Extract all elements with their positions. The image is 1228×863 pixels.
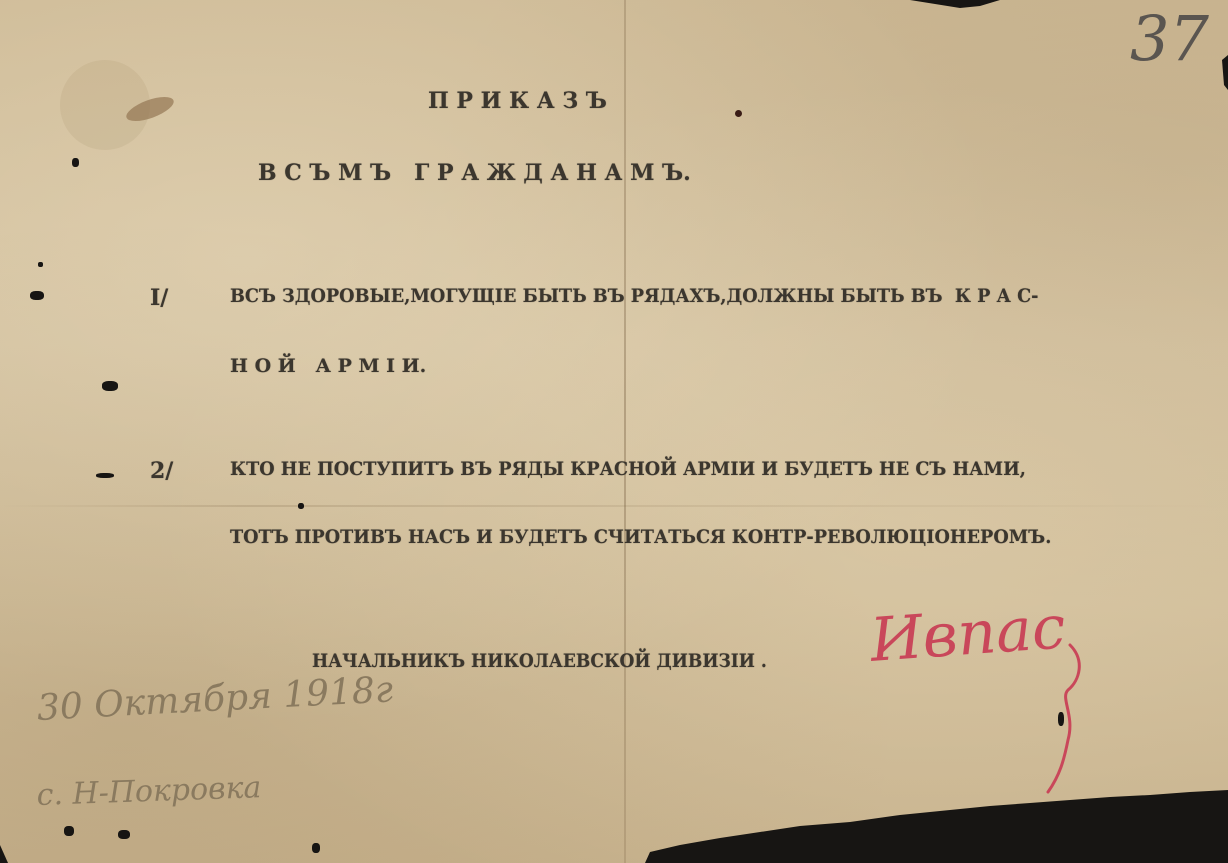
stain-mark xyxy=(60,60,150,150)
paper-hole xyxy=(38,262,43,267)
vertical-fold-line xyxy=(624,0,626,863)
paper-hole xyxy=(72,158,79,167)
horizontal-fold-line xyxy=(0,505,1228,507)
paper-hole xyxy=(30,291,44,300)
paper-hole xyxy=(96,473,114,478)
signature-flourish xyxy=(1030,640,1090,800)
paper-hole xyxy=(64,826,74,836)
item-number: 2/ xyxy=(150,458,173,484)
item-line: КТО НЕ ПОСТУПИТЪ ВЪ РЯДЫ КРАСНОЙ АРМІИ И… xyxy=(230,458,1026,480)
item-line: ВСЪ ЗДОРОВЫЕ,МОГУЩІЕ БЫТЬ ВЪ РЯДАХЪ,ДОЛЖ… xyxy=(230,285,1038,307)
item-line: ТОТЪ ПРОТИВЪ НАСЪ И БУДЕТЪ СЧИТАТЬСЯ КОН… xyxy=(230,526,1051,548)
archive-number: 37 xyxy=(1130,2,1209,75)
item-line: Н О Й А Р М І И. xyxy=(230,355,426,377)
paper-hole xyxy=(298,503,304,509)
paper-hole xyxy=(312,843,320,853)
document-title: П Р И К А З Ъ xyxy=(428,88,607,114)
stain-mark xyxy=(735,110,742,117)
item-number: I/ xyxy=(150,285,168,311)
paper-hole xyxy=(118,830,130,839)
paper-hole xyxy=(102,381,118,391)
signature-title: НАЧАЛЬНИКЪ НИКОЛАЕВСКОЙ ДИВИЗІИ . xyxy=(312,650,767,672)
document-subtitle: В С Ъ М Ъ Г Р А Ж Д А Н А М Ъ. xyxy=(258,160,691,186)
